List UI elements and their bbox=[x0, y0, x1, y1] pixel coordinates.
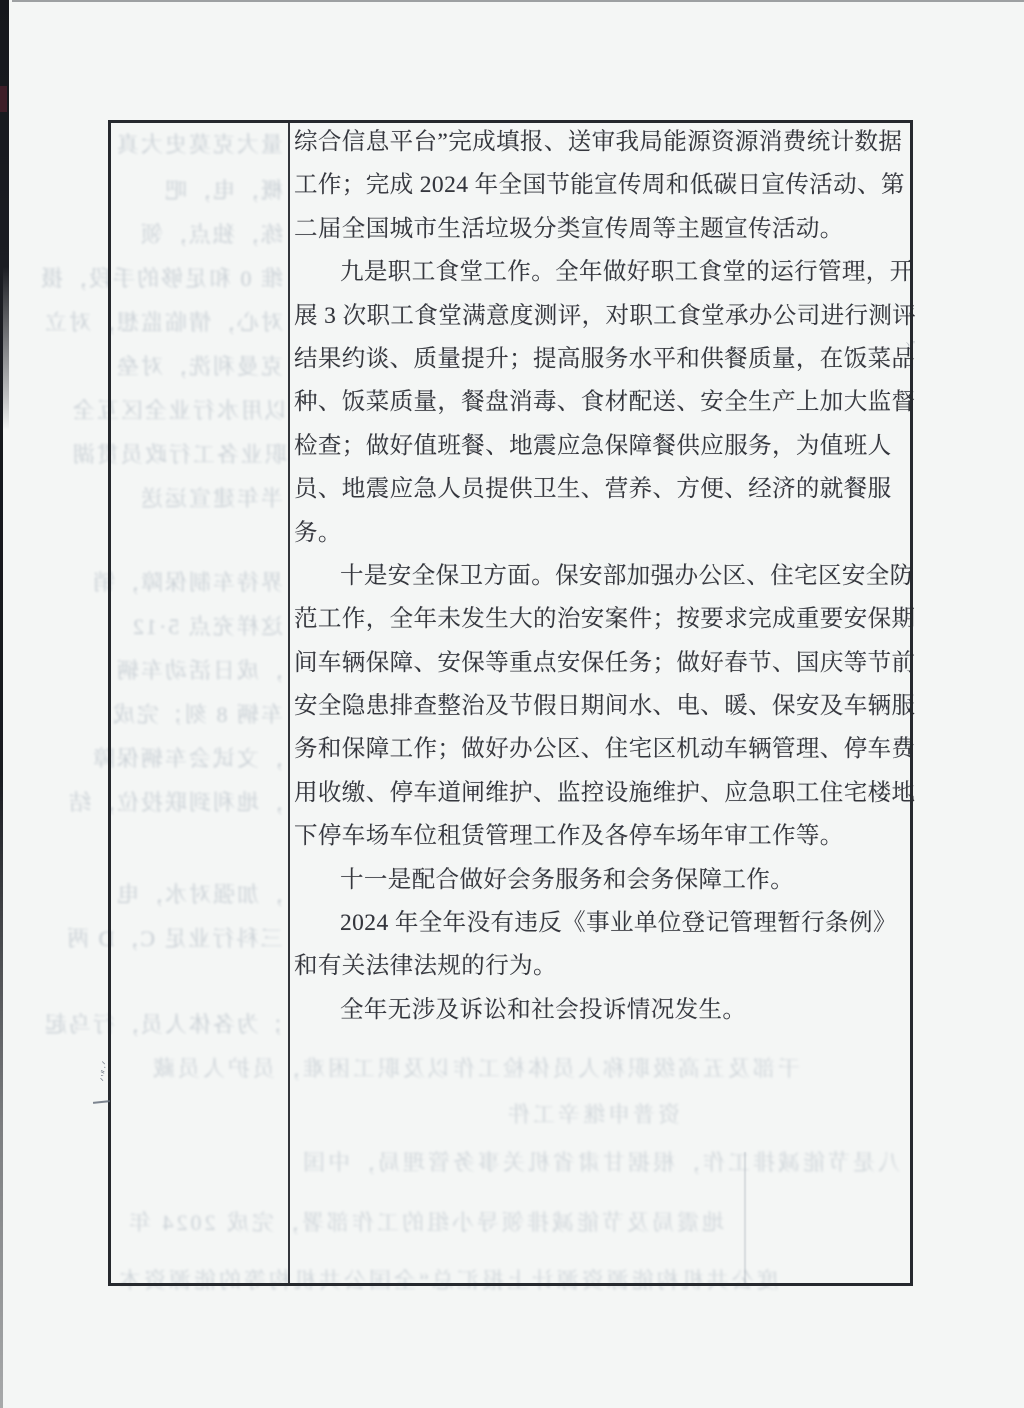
report-table-cell-border bbox=[108, 120, 913, 1286]
table-column-divider bbox=[288, 123, 290, 1283]
scanned-page: 量大克莫史大真概，电，吧练，独点，领维 0 和足够的手段，摄对心，情临监想，对立… bbox=[0, 0, 1024, 1408]
stray-pencil-mark: ヽ' bbox=[902, 336, 915, 352]
